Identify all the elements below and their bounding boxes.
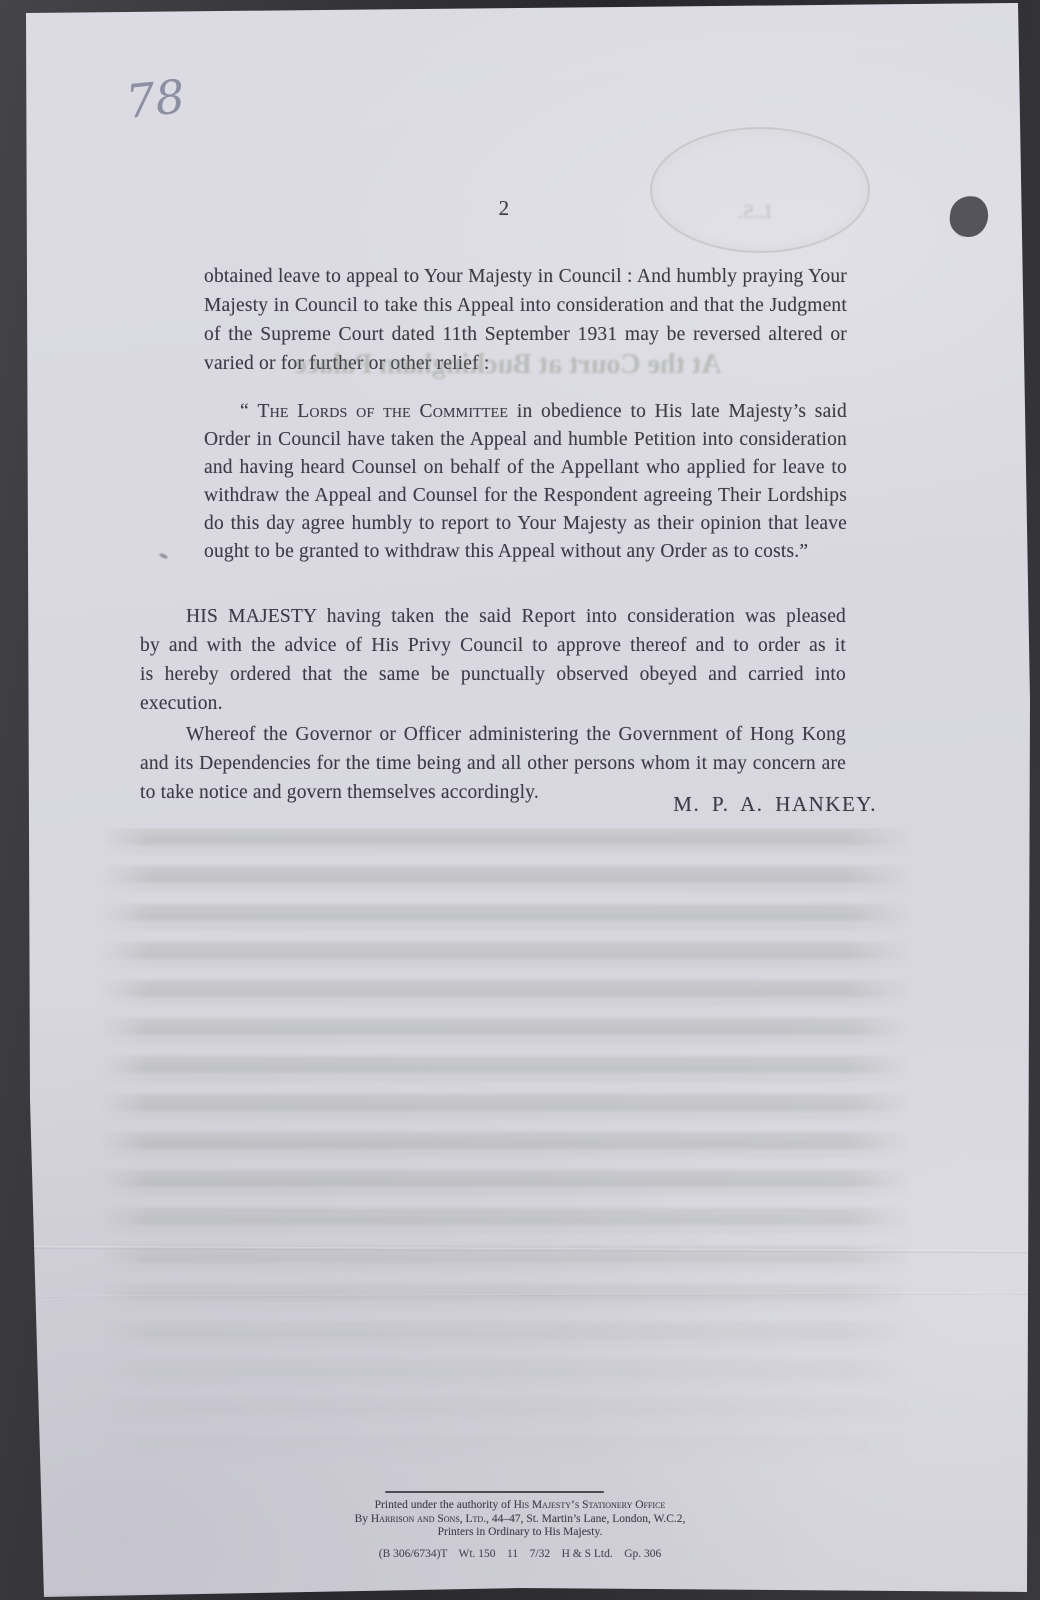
quote-open-mark: “ [240, 401, 257, 422]
imprint-line-2: By Harrison and Sons, Ltd., 44–47, St. M… [300, 1513, 740, 1527]
imprint-line-1-prefix: Printed under the authority of [375, 1499, 514, 1511]
handwritten-folio-number: 78 [123, 69, 187, 129]
print-code-line: (B 306/6734)T Wt. 150 11 7/32 H & S Ltd.… [300, 1548, 740, 1560]
embossed-seal-outline: L.S. [650, 127, 870, 253]
paragraph-approval: HIS MAJESTY having taken the said Report… [140, 602, 846, 718]
scan-background: 78 L.S. 2 obtained leave to appeal to Yo… [0, 0, 1040, 1600]
showthrough-court-line: At the Court at Buckingham Palace [150, 349, 866, 381]
imprint-divider-rule [385, 1491, 604, 1493]
imprint-line-3: Printers in Ordinary to His Majesty. [300, 1526, 740, 1540]
quote-body: in obedience to His late Majesty’s said … [204, 401, 847, 562]
document-page: 78 L.S. 2 obtained leave to appeal to Yo… [0, 0, 1040, 1600]
showthrough-text-block [100, 828, 912, 1476]
committee-smallcaps: The Lords of the Committee [257, 401, 508, 422]
printer-imprint: Printed under the authority of His Majes… [300, 1499, 740, 1540]
signature-line: M. P. A. HANKEY. [673, 792, 877, 817]
page-number: 2 [0, 196, 1008, 221]
smudge-mark [159, 552, 169, 559]
imprint-line-1-office: His Majesty’s Stationery Office [514, 1499, 666, 1511]
imprint-line-2-printer: Harrison and Sons, Ltd. [371, 1513, 486, 1525]
imprint-line-2-address: , 44–47, St. Martin’s Lane, London, W.C.… [486, 1513, 685, 1525]
imprint-line-1: Printed under the authority of His Majes… [300, 1499, 740, 1513]
paragraph-committee-report: “ The Lords of the Committee in obedienc… [204, 398, 847, 566]
imprint-line-2-prefix: By [355, 1513, 371, 1525]
